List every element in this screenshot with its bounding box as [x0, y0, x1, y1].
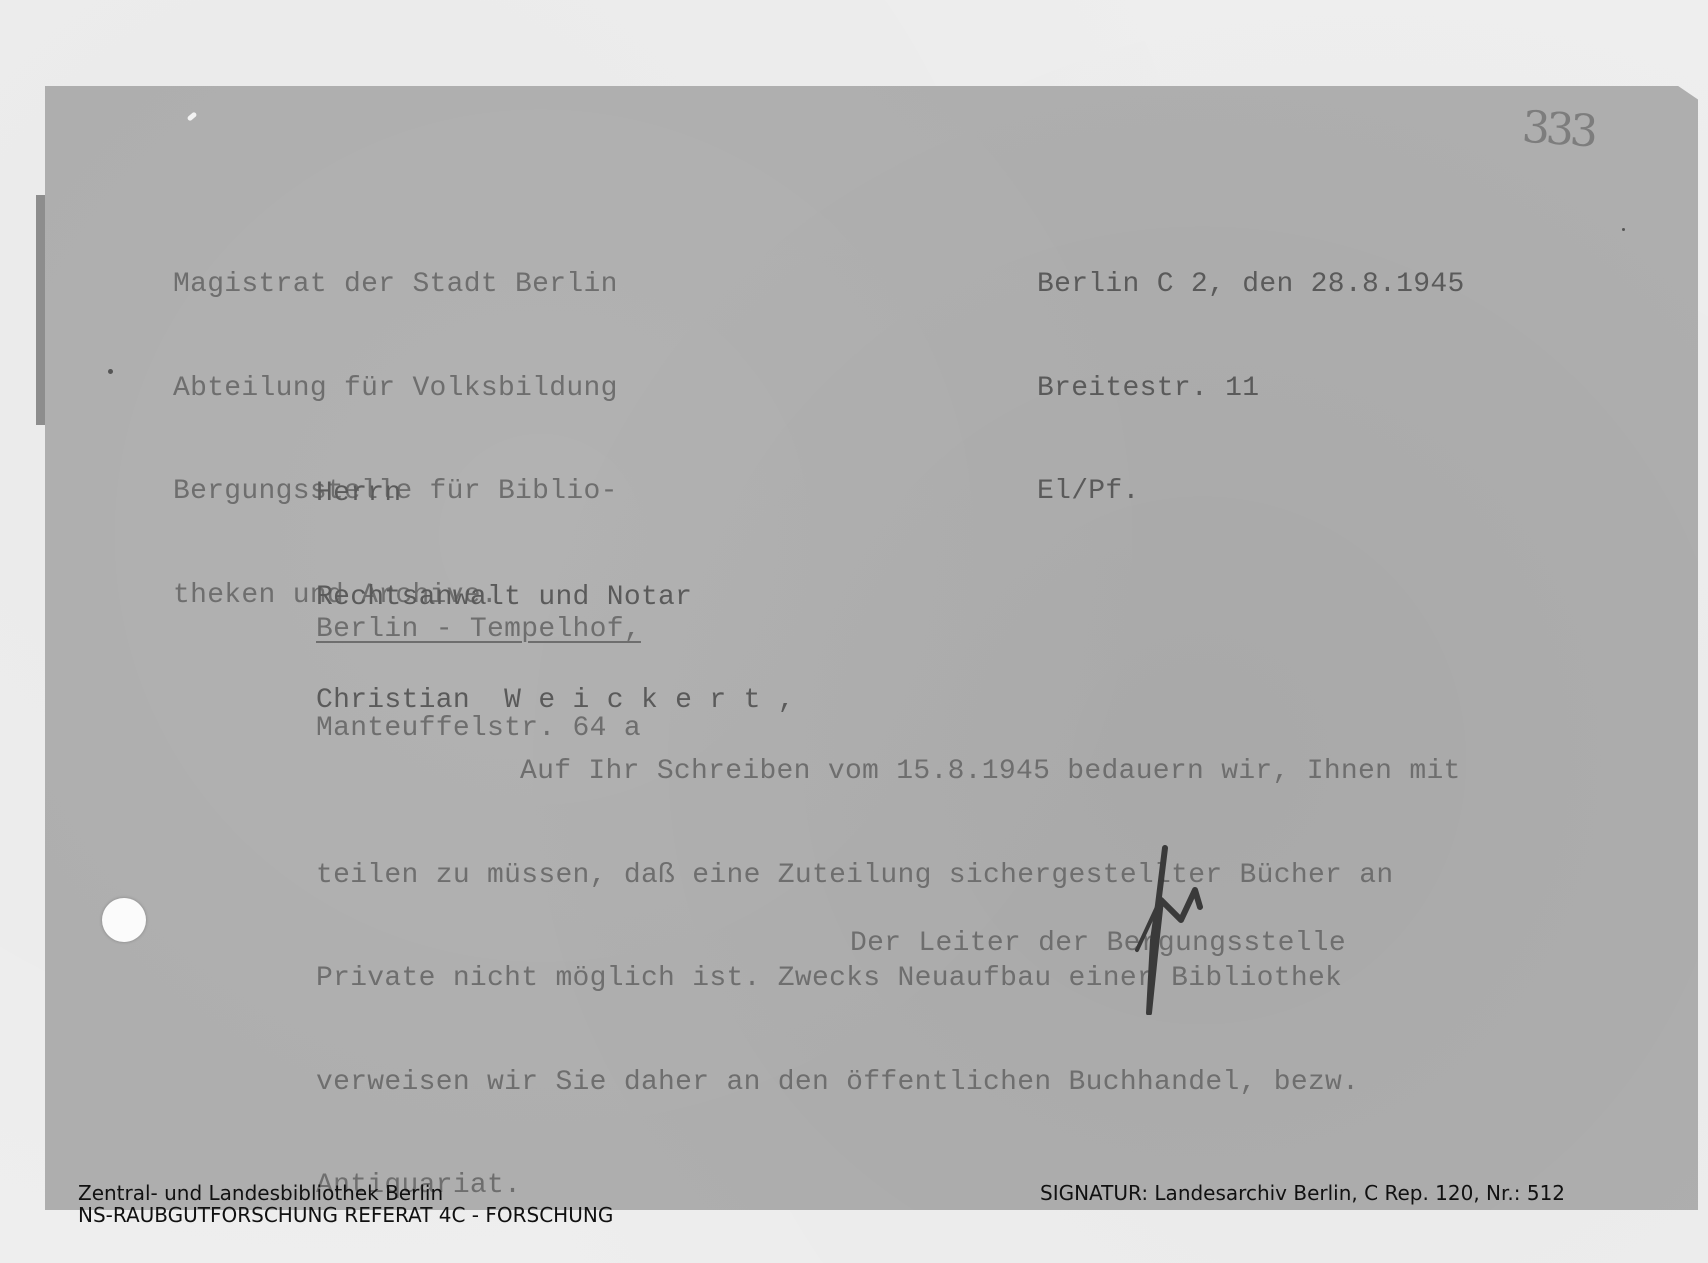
ink-speck: [1622, 228, 1625, 231]
letter-body: Auf Ihr Schreiben vom 15.8.1945 bedauern…: [316, 686, 1461, 1238]
place-date-block: Berlin C 2, den 28.8.1945 Breitestr. 11 …: [1037, 199, 1465, 544]
body-line: Auf Ihr Schreiben vom 15.8.1945 bedauern…: [316, 755, 1461, 790]
ink-speck: [108, 369, 113, 374]
paper-edge-shadow: [36, 195, 46, 425]
street-line: Breitestr. 11: [1037, 372, 1465, 407]
reference-initials: El/Pf.: [1037, 475, 1465, 510]
footer-department: NS-RAUBGUTFORSCHUNG REFERAT 4C - FORSCHU…: [78, 1204, 613, 1226]
recipient-city: Berlin - Tempelhof,: [316, 613, 641, 646]
body-line: teilen zu müssen, daß eine Zuteilung sic…: [316, 859, 1461, 894]
archive-page-number: 333: [1520, 102, 1595, 158]
footer-library: Zentral- und Landesbibliothek Berlin: [78, 1182, 613, 1204]
body-line: Private nicht möglich ist. Zwecks Neuauf…: [316, 962, 1461, 997]
place-date-line: Berlin C 2, den 28.8.1945: [1037, 268, 1465, 303]
closing-line: Der Leiter der Bergungsstelle: [850, 927, 1346, 962]
punch-hole: [102, 898, 146, 942]
sender-line: Abteilung für Volksbildung: [173, 372, 618, 407]
footer-institution: Zentral- und Landesbibliothek Berlin NS-…: [78, 1182, 613, 1226]
recipient-salutation: Herrn: [316, 477, 795, 512]
body-line: verweisen wir Sie daher an den öffentlic…: [316, 1066, 1461, 1101]
sender-line: Magistrat der Stadt Berlin: [173, 268, 618, 303]
footer-signature-reference: SIGNATUR: Landesarchiv Berlin, C Rep. 12…: [1040, 1182, 1565, 1204]
handwritten-signature: [1125, 845, 1225, 1015]
